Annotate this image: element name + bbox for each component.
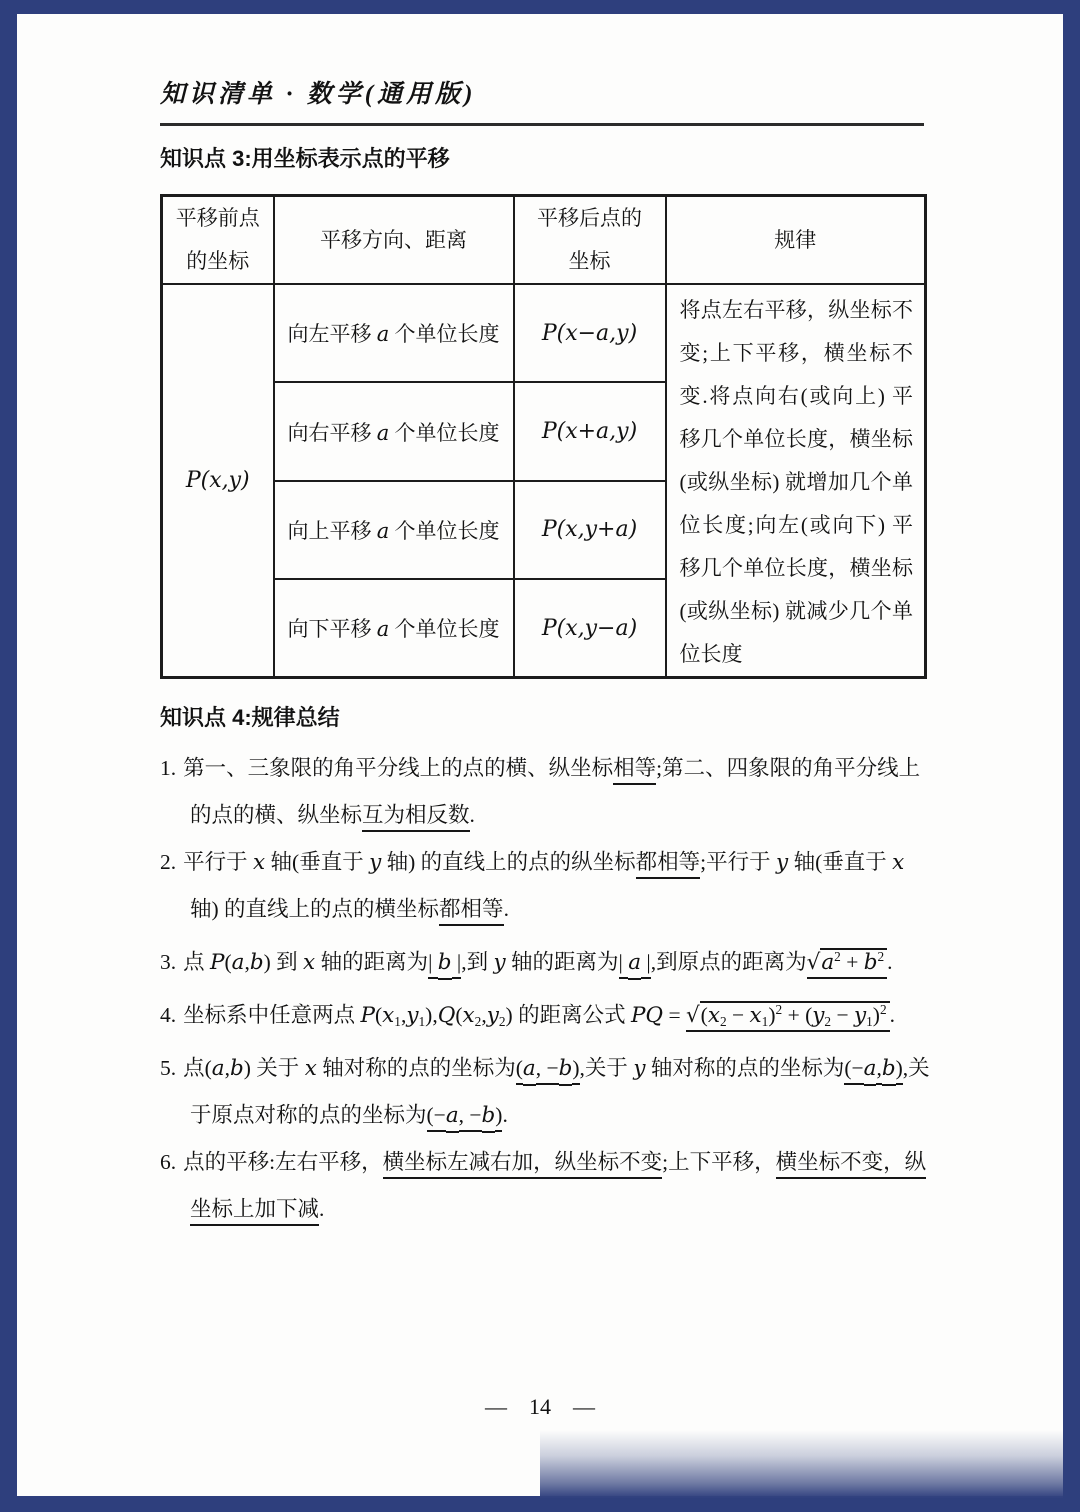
rule-text: 坐标系中任意两点 P(x1,y1),Q(x2,y2) 的距离公式 PQ = √(…: [183, 1003, 895, 1027]
rule-item-3: 3.点 P(a,b) 到 x 轴的距离为| b |,到 y 轴的距离为| a |…: [160, 933, 930, 986]
rule-item-6: 6.点的平移:左右平移，横坐标左减右加，纵坐标不变;上下平移，横坐标不变，纵坐标…: [160, 1139, 930, 1233]
rule-number: 4.: [160, 1003, 176, 1027]
col-header-rule: 规律: [666, 196, 926, 285]
rule-number: 6.: [160, 1150, 176, 1174]
book-header-title: 知识清单 · 数学(通用版): [160, 80, 924, 110]
rule-text: 点 P(a,b) 到 x 轴的距离为| b |,到 y 轴的距离为| a |,到…: [183, 950, 892, 974]
result-cell: P(x,y+a): [514, 481, 666, 579]
section-3-title: 知识点 3:用坐标表示点的平移: [160, 146, 924, 172]
page-content: 知识清单 · 数学(通用版) 知识点 3:用坐标表示点的平移 平移前点 的坐标 …: [160, 80, 924, 1233]
table-header-row: 平移前点 的坐标 平移方向、距离 平移后点的 坐标 规律: [162, 196, 926, 285]
page-number: 14: [529, 1394, 551, 1419]
direction-cell: 向左平移 a 个单位长度: [274, 284, 514, 382]
footer-dash-right: —: [573, 1394, 595, 1419]
rule-number: 3.: [160, 950, 176, 974]
rules-list: 1.第一、三象限的角平分线上的点的横、纵坐标相等;第二、四象限的角平分线上的点的…: [160, 745, 930, 1233]
rule-text: 第一、三象限的角平分线上的点的横、纵坐标相等;第二、四象限的角平分线上的点的横、…: [183, 756, 920, 832]
table-row: P(x,y) 向左平移 a 个单位长度 P(x−a,y) 将点左右平移，纵坐标不…: [162, 284, 926, 382]
page-footer: —14—: [17, 1394, 1063, 1420]
result-cell: P(x+a,y): [514, 382, 666, 480]
rule-text: 点的平移:左右平移，横坐标左减右加，纵坐标不变;上下平移，横坐标不变，纵坐标上加…: [183, 1150, 926, 1226]
point-cell: P(x,y): [162, 284, 274, 678]
document-page: 知识清单 · 数学(通用版) 知识点 3:用坐标表示点的平移 平移前点 的坐标 …: [17, 14, 1063, 1496]
rule-item-5: 5.点(a,b) 关于 x 轴对称的点的坐标为(a, −b),关于 y 轴对称的…: [160, 1045, 930, 1139]
section-4-title: 知识点 4:规律总结: [160, 705, 924, 731]
result-cell: P(x,y−a): [514, 579, 666, 677]
rule-item-4: 4.坐标系中任意两点 P(x1,y1),Q(x2,y2) 的距离公式 PQ = …: [160, 986, 930, 1045]
col-header-after-point: 平移后点的 坐标: [514, 196, 666, 285]
col-header-direction: 平移方向、距离: [274, 196, 514, 285]
result-cell: P(x−a,y): [514, 284, 666, 382]
rule-number: 5.: [160, 1056, 176, 1080]
header-divider: [160, 123, 924, 126]
translation-table: 平移前点 的坐标 平移方向、距离 平移后点的 坐标 规律 P(x,y) 向左平移…: [160, 194, 927, 679]
direction-cell: 向下平移 a 个单位长度: [274, 579, 514, 677]
rule-number: 2.: [160, 850, 176, 874]
rule-item-1: 1.第一、三象限的角平分线上的点的横、纵坐标相等;第二、四象限的角平分线上的点的…: [160, 745, 930, 839]
direction-cell: 向上平移 a 个单位长度: [274, 481, 514, 579]
rule-text: 点(a,b) 关于 x 轴对称的点的坐标为(a, −b),关于 y 轴对称的点的…: [183, 1056, 930, 1127]
rule-text: 平行于 x 轴(垂直于 y 轴) 的直线上的点的纵坐标都相等;平行于 y 轴(垂…: [183, 850, 904, 921]
direction-cell: 向右平移 a 个单位长度: [274, 382, 514, 480]
rule-number: 1.: [160, 756, 176, 780]
rule-item-2: 2.平行于 x 轴(垂直于 y 轴) 的直线上的点的纵坐标都相等;平行于 y 轴…: [160, 839, 930, 933]
col-header-before-point: 平移前点 的坐标: [162, 196, 274, 285]
rule-cell: 将点左右平移，纵坐标不变;上下平移，横坐标不变.将点向右(或向上) 平移几个单位…: [666, 284, 926, 678]
footer-dash-left: —: [485, 1394, 507, 1419]
